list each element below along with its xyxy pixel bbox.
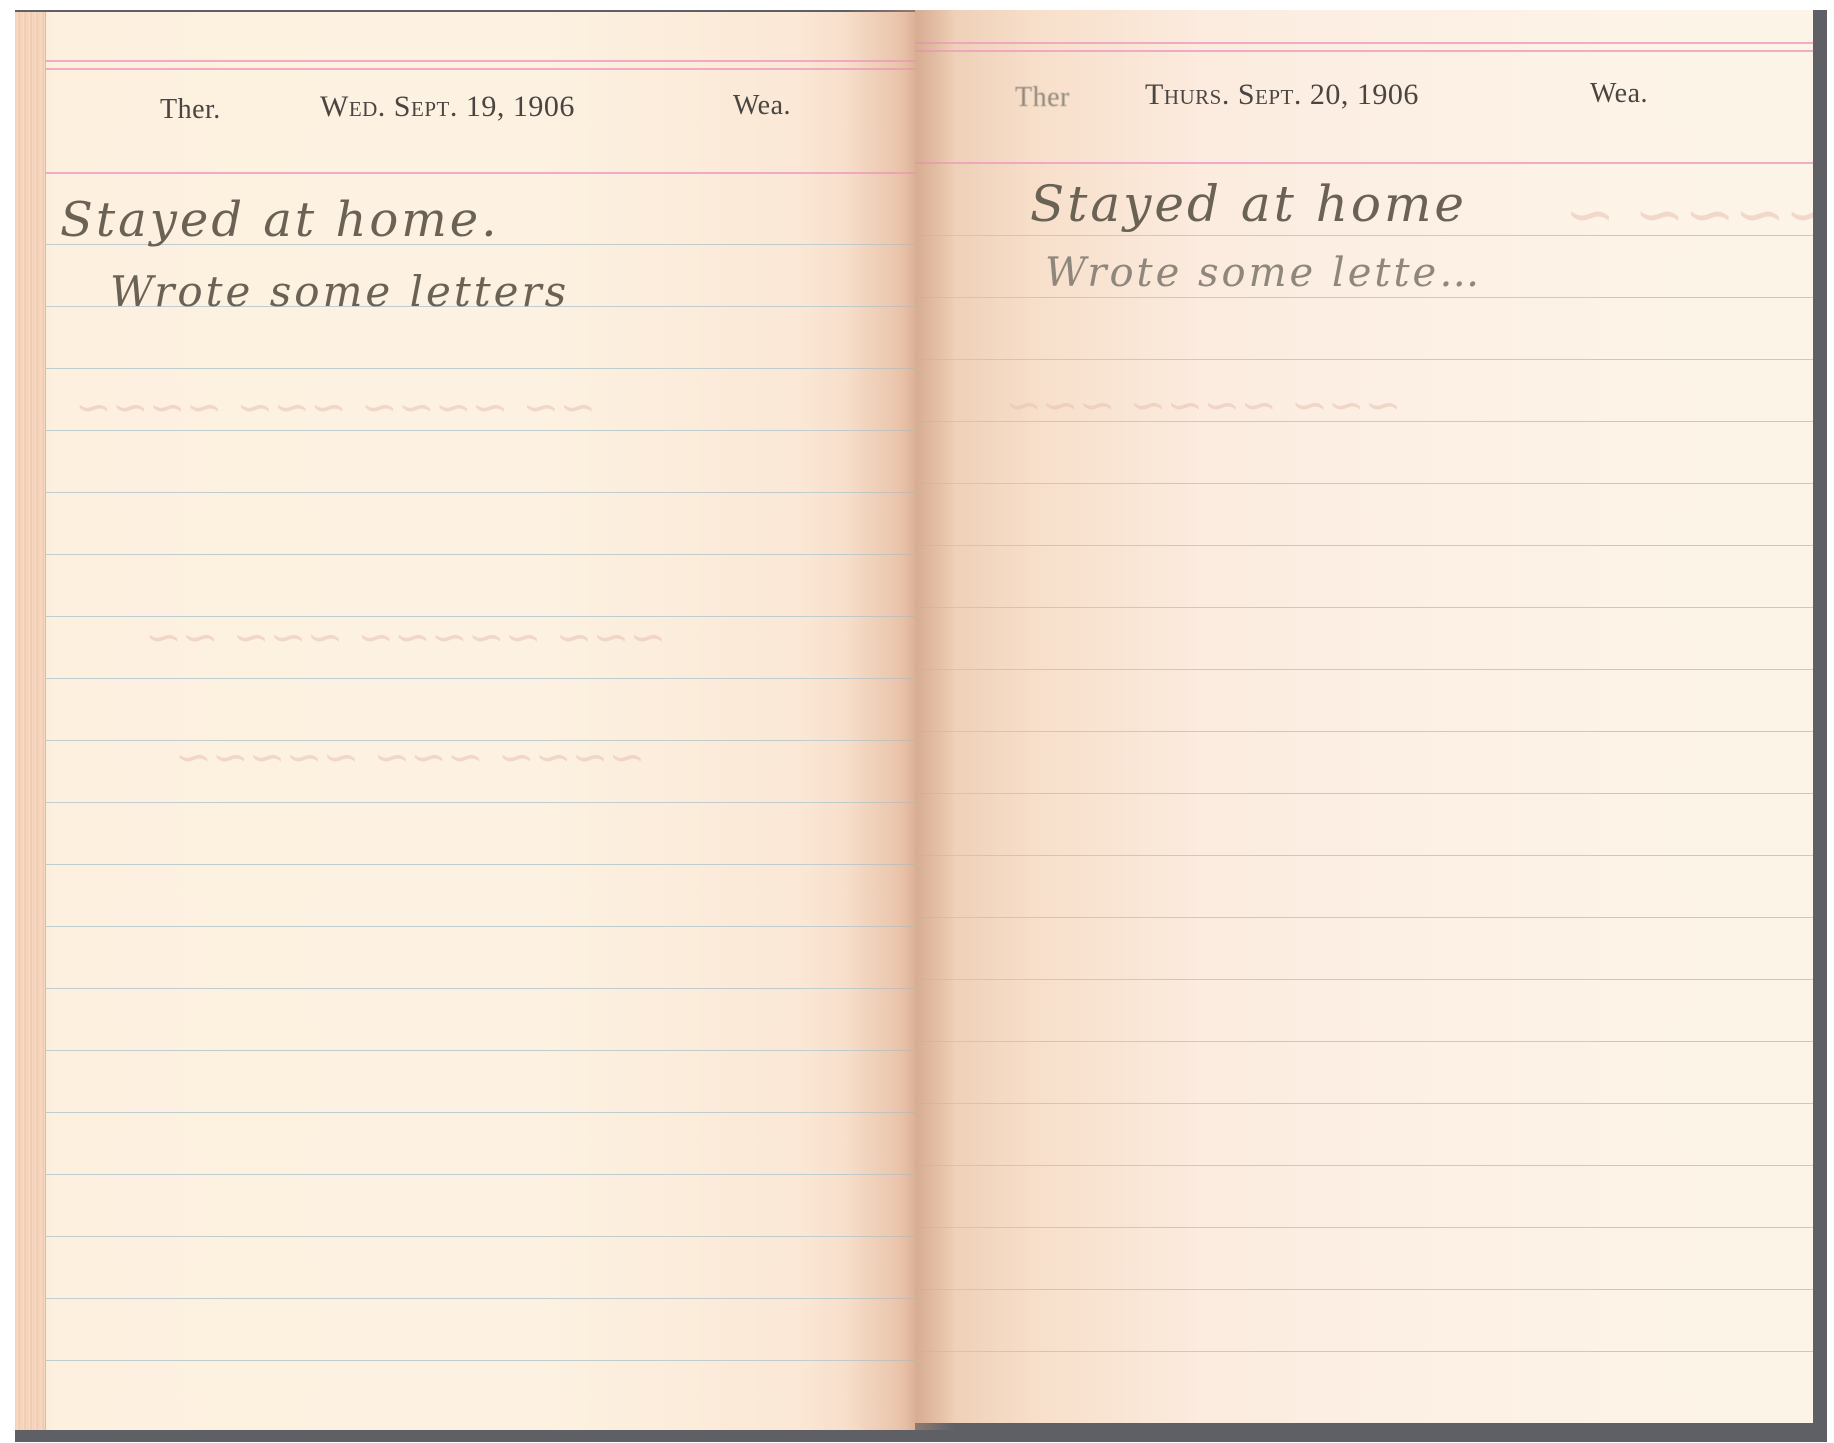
ruled-line [45,926,915,927]
page-date: Wed. Sept. 19, 1906 [320,90,575,124]
ruled-line [915,855,1813,856]
ther-label: Ther [1015,82,1070,114]
wea-label: Wea. [1590,78,1648,110]
ruled-line [45,1360,915,1361]
bleed-through-text: ~~~ ~~~~~ ~~~ ~~ [145,612,666,663]
ruled-line [915,1041,1813,1042]
bleed-through-text: ~~~ ~~~~ ~~~ [1005,380,1402,431]
ruled-line [45,368,915,369]
right-page: Ther Thurs. Sept. 20, 1906 Wea. ~~~~ ~ ~… [915,10,1813,1423]
ruled-line [45,802,915,803]
ruled-line [45,864,915,865]
header-rule-bottom [45,172,915,174]
entry-line-2: Wrote some lette… [1045,250,1482,296]
ruled-line [45,678,915,679]
ruled-line [45,1174,915,1175]
page-date: Thurs. Sept. 20, 1906 [1145,78,1419,112]
wea-label: Wea. [733,90,791,122]
ruled-line [45,1050,915,1051]
ruled-line [45,554,915,555]
header-rule-top-2 [45,68,915,70]
ruled-line [915,793,1813,794]
ruled-line [915,1227,1813,1228]
ther-label: Ther. [160,94,221,126]
ruled-line [915,979,1813,980]
header-rule-top-2 [915,50,1813,52]
header-rule-bottom [915,162,1813,164]
ruled-line [45,1112,915,1113]
ruled-line [915,1103,1813,1104]
bleed-through-text: ~~~~ ~ [1565,180,1813,250]
entry-line-2: Wrote some letters [110,267,569,316]
ruled-line [915,731,1813,732]
ruled-line [915,1351,1813,1352]
header-rule-top-1 [915,42,1813,44]
ruled-line [45,492,915,493]
ruled-line [915,607,1813,608]
bleed-through-text: ~~~~ ~~~ ~~~~~ [175,732,645,783]
ruled-line [45,1236,915,1237]
ruled-line [915,483,1813,484]
ruled-line [915,917,1813,918]
ruled-line [915,1289,1813,1290]
ruled-line [45,1298,915,1299]
ruled-line [915,545,1813,546]
ruled-line [45,988,915,989]
left-page: Ther. Wed. Sept. 19, 1906 Wea. ~~ ~~~~ ~… [15,12,915,1430]
ruled-line [915,297,1813,298]
ruled-line [915,669,1813,670]
bleed-through-text: ~~ ~~~~ ~~~ ~~~~ [75,382,596,433]
entry-line-1: Stayed at home [1030,175,1467,233]
header-rule-top-1 [45,60,915,62]
ruled-line [915,1165,1813,1166]
entry-line-1: Stayed at home. [60,192,499,248]
ruled-line [915,359,1813,360]
page-edges [15,12,46,1430]
